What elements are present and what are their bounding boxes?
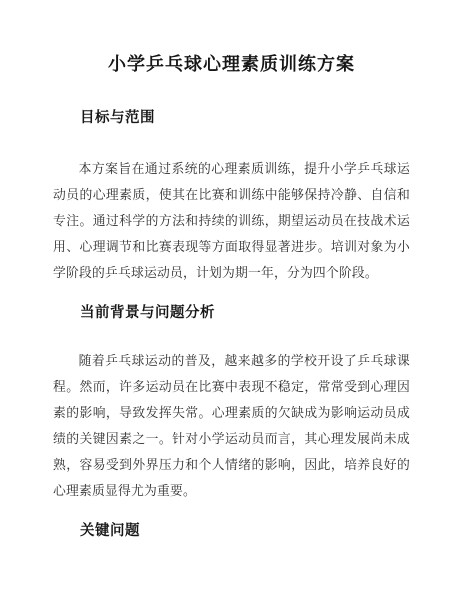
section-heading-key-issues: 关键问题 — [80, 521, 410, 542]
section-goals-and-scope: 目标与范围 本方案旨在通过系统的心理素质训练，提升小学乒乓球运动员的心理素质，使… — [0, 108, 463, 286]
section-key-issues: 关键问题 — [0, 521, 463, 542]
document-title: 小学乒乓球心理素质训练方案 — [0, 52, 463, 77]
section-paragraph-goals-and-scope: 本方案旨在通过系统的心理素质训练，提升小学乒乓球运动员的心理素质，使其在比赛和训… — [53, 156, 410, 286]
section-background-analysis: 当前背景与问题分析 随着乒乓球运动的普及，越来越多的学校开设了乒乓球课程。然而，… — [0, 303, 463, 504]
document-page: 小学乒乓球心理素质训练方案 目标与范围 本方案旨在通过系统的心理素质训练，提升小… — [0, 0, 463, 600]
section-heading-background-analysis: 当前背景与问题分析 — [80, 303, 410, 324]
section-paragraph-background-analysis: 随着乒乓球运动的普及，越来越多的学校开设了乒乓球课程。然而，许多运动员在比赛中表… — [53, 348, 410, 504]
section-heading-goals-and-scope: 目标与范围 — [80, 108, 410, 129]
